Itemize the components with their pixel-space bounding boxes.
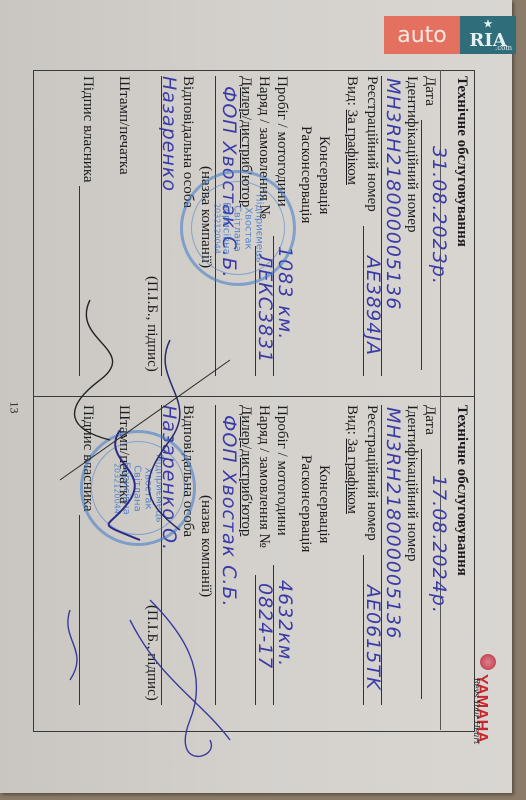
type-value: За графіком (344, 439, 360, 514)
type-prefix: Вид: (344, 76, 360, 106)
type-label: Вид: За графіком (343, 76, 360, 185)
date-label: Дата (421, 405, 438, 435)
stamp-label: Штамп/печатка (115, 76, 132, 175)
entry-title: Технічне обслуговування (453, 76, 470, 247)
reg-label: Реєстраційний номер (363, 76, 380, 212)
watermark-ria: ★ RIA .com (460, 16, 516, 54)
type-prefix: Вид: (344, 405, 360, 435)
conservation-label: Консервація (315, 136, 332, 214)
autoria-watermark: auto ★ RIA .com (384, 16, 516, 54)
entry-title: Технічне обслуговування (453, 405, 470, 576)
watermark-auto: auto (384, 16, 460, 54)
yamaha-logo: YAMAHA Revs Your Heart (470, 654, 510, 764)
vin-value: MH3RH218000005136 (382, 78, 404, 310)
vin-label: Ідентифікаційний номер (403, 405, 420, 561)
reg-label: Реєстраційний номер (363, 405, 380, 541)
star-icon: ★ (484, 20, 493, 30)
mileage-value: 4632км. (274, 580, 296, 667)
signature-scribbles (30, 200, 260, 760)
service-book-page: Технічне обслуговування Дата 31.08.2023р… (0, 0, 512, 793)
vin-label: Ідентифікаційний номер (403, 76, 420, 232)
responsible-label: Відповідальна особа (179, 76, 196, 208)
reg-value: AE0615TK (362, 585, 384, 690)
page-number: 13 (7, 402, 22, 414)
date-label: Дата (421, 76, 438, 106)
date-line (421, 120, 422, 370)
deconservation-label: Расконсервація (297, 455, 314, 552)
date-line (421, 449, 422, 699)
owner-sign-label: Підпис власника (79, 76, 96, 183)
vin-value: MH3RH218000005136 (382, 407, 404, 639)
reg-value: AE3894JA (362, 256, 384, 356)
date-value: 17.08.2024р. (428, 475, 450, 614)
mileage-label: Пробіг / мотогодини (273, 405, 290, 536)
type-value: За графіком (344, 110, 360, 185)
conservation-label: Консервація (315, 465, 332, 543)
date-value: 31.08.2023р. (428, 146, 450, 285)
yamaha-tagline: Revs Your Heart (472, 678, 481, 744)
type-label: Вид: За графіком (343, 405, 360, 514)
deconservation-label: Расконсервація (297, 126, 314, 223)
watermark-domain: .com (495, 44, 512, 52)
